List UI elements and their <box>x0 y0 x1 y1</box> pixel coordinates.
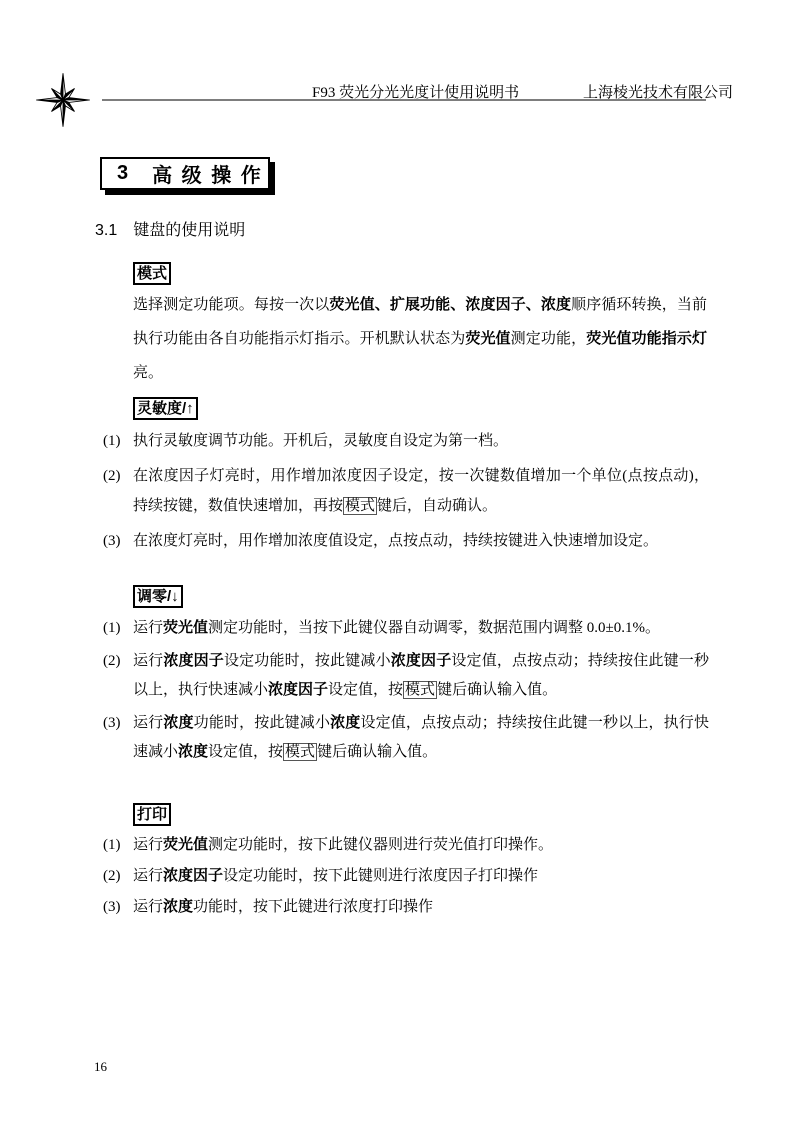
item-number: (2) <box>103 861 133 891</box>
text-run: 运行 <box>133 715 163 731</box>
text-run: 浓度因子 <box>391 653 452 669</box>
print-item-list: (1) 运行荧光值测定功能时，按下此键仪器则进行荧光值打印操作。 (2) 运行浓… <box>103 830 709 923</box>
header-doc-title: F93 荧光分光光度计使用说明书 <box>312 81 519 102</box>
chapter-number: 3 <box>117 162 128 185</box>
section-number: 3.1 <box>95 222 117 239</box>
section-heading: 3.1键盘的使用说明 <box>95 217 245 240</box>
text-run: 浓度因子 <box>163 868 223 884</box>
text-run: 荧光值 <box>465 331 510 347</box>
text-run: 功能时，按此键减小 <box>194 715 330 731</box>
text-run: 执行灵敏度调节功能。开机后，灵敏度自设定为第一档。 <box>133 433 508 449</box>
item-number: (1) <box>103 614 133 643</box>
item-number: (2) <box>103 461 133 521</box>
key-label-mode: 模式 <box>133 262 171 285</box>
inline-key-reference: 模式 <box>283 743 317 761</box>
item-text: 在浓度灯亮时，用作增加浓度值设定，点按点动，持续按键进入快速增加设定。 <box>133 526 709 556</box>
list-item: (1) 运行荧光值测定功能时，当按下此键仪器自动调零，数据范围内调整 0.0±0… <box>103 614 709 643</box>
page-number: 16 <box>94 1059 107 1075</box>
text-run: 亮。 <box>133 365 163 381</box>
list-item: (1) 执行灵敏度调节功能。开机后，灵敏度自设定为第一档。 <box>103 426 709 456</box>
text-run: 浓度 <box>163 715 193 731</box>
item-text: 执行灵敏度调节功能。开机后，灵敏度自设定为第一档。 <box>133 426 709 456</box>
text-run: 设定功能时，按此键减小 <box>224 653 391 669</box>
text-run: 运行 <box>133 653 163 669</box>
key-label-sensitivity-up: 灵敏度/↑ <box>133 397 198 420</box>
zero-item-list: (1) 运行荧光值测定功能时，当按下此键仪器自动调零，数据范围内调整 0.0±0… <box>103 614 709 771</box>
text-run: 运行 <box>133 837 163 853</box>
item-number: (3) <box>103 892 133 922</box>
mode-description-paragraph: 选择测定功能项。每按一次以荧光值、扩展功能、浓度因子、浓度顺序循环转换，当前执行… <box>133 288 707 390</box>
sensitivity-item-list: (1) 执行灵敏度调节功能。开机后，灵敏度自设定为第一档。 (2) 在浓度因子灯… <box>103 426 709 561</box>
text-run: 选择测定功能项。每按一次以 <box>133 297 329 313</box>
text-run: 荧光值功能指示灯 <box>586 331 707 347</box>
item-text: 运行荧光值测定功能时，按下此键仪器则进行荧光值打印操作。 <box>133 830 709 860</box>
text-run: 功能时，按下此键进行浓度打印操作 <box>193 899 433 915</box>
list-item: (2) 运行浓度因子设定功能时，按此键减小浓度因子设定值，点按点动；持续按住此键… <box>103 647 709 705</box>
text-run: 测定功能时，按下此键仪器则进行荧光值打印操作。 <box>208 837 553 853</box>
text-run: 设定功能时，按下此键则进行浓度因子打印操作 <box>223 868 538 884</box>
chapter-title: 高 级 操 作 <box>152 159 263 188</box>
item-number: (1) <box>103 426 133 456</box>
text-run: 测定功能， <box>511 331 587 347</box>
manual-page: F93 荧光分光光度计使用说明书 上海棱光技术有限公司 3 高 级 操 作 3.… <box>0 0 793 1122</box>
list-item: (3) 在浓度灯亮时，用作增加浓度值设定，点按点动，持续按键进入快速增加设定。 <box>103 526 709 556</box>
inline-key-reference: 模式 <box>343 497 377 515</box>
text-run: 键后确认输入值。 <box>437 682 557 698</box>
text-run: 运行 <box>133 620 163 636</box>
item-text: 运行浓度功能时，按下此键进行浓度打印操作 <box>133 892 709 922</box>
compass-rose-icon <box>34 68 92 132</box>
list-item: (2) 在浓度因子灯亮时，用作增加浓度因子设定，按一次键数值增加一个单位(点按点… <box>103 461 709 521</box>
section-title: 键盘的使用说明 <box>133 222 245 239</box>
list-item: (2) 运行浓度因子设定功能时，按下此键则进行浓度因子打印操作 <box>103 861 709 891</box>
item-text: 运行浓度因子设定功能时，按此键减小浓度因子设定值，点按点动；持续按住此键一秒以上… <box>133 647 709 705</box>
list-item: (3) 运行浓度功能时，按此键减小浓度设定值，点按点动；持续按住此键一秒以上，执… <box>103 709 709 767</box>
text-run: 浓度 <box>330 715 360 731</box>
text-run: 浓度因子 <box>268 682 328 698</box>
text-run: 设定值，按 <box>208 744 283 760</box>
text-run: 荧光值 <box>163 837 208 853</box>
item-number: (3) <box>103 709 133 767</box>
text-run: 浓度 <box>163 899 193 915</box>
header-company-name: 上海棱光技术有限公司 <box>583 81 733 102</box>
text-run: 设定值，按 <box>328 682 403 698</box>
text-run: 在浓度灯亮时，用作增加浓度值设定，点按点动，持续按键进入快速增加设定。 <box>133 533 658 549</box>
text-run: 键后确认输入值。 <box>317 744 437 760</box>
text-run: 运行 <box>133 868 163 884</box>
text-run: 荧光值 <box>163 620 208 636</box>
text-run: 运行 <box>133 899 163 915</box>
text-run: 浓度 <box>178 744 208 760</box>
item-number: (1) <box>103 830 133 860</box>
list-item: (1) 运行荧光值测定功能时，按下此键仪器则进行荧光值打印操作。 <box>103 830 709 860</box>
key-label-zero-down: 调零/↓ <box>133 585 183 608</box>
item-text: 在浓度因子灯亮时，用作增加浓度因子设定，按一次键数值增加一个单位(点按点动)，持… <box>133 461 709 521</box>
item-text: 运行浓度因子设定功能时，按下此键则进行浓度因子打印操作 <box>133 861 709 891</box>
item-text: 运行浓度功能时，按此键减小浓度设定值，点按点动；持续按住此键一秒以上，执行快速减… <box>133 709 709 767</box>
key-label-print: 打印 <box>133 803 171 826</box>
chapter-title-box: 3 高 级 操 作 <box>100 157 270 190</box>
item-number: (3) <box>103 526 133 556</box>
text-run: 浓度因子 <box>163 653 224 669</box>
text-run: 测定功能时，当按下此键仪器自动调零，数据范围内调整 0.0±0.1%。 <box>208 620 660 636</box>
item-text: 运行荧光值测定功能时，当按下此键仪器自动调零，数据范围内调整 0.0±0.1%。 <box>133 614 709 643</box>
text-run: 键后，自动确认。 <box>377 498 497 514</box>
text-run: 荧光值、扩展功能、浓度因子、浓度 <box>329 297 571 313</box>
inline-key-reference: 模式 <box>403 681 437 699</box>
item-number: (2) <box>103 647 133 705</box>
list-item: (3) 运行浓度功能时，按下此键进行浓度打印操作 <box>103 892 709 922</box>
